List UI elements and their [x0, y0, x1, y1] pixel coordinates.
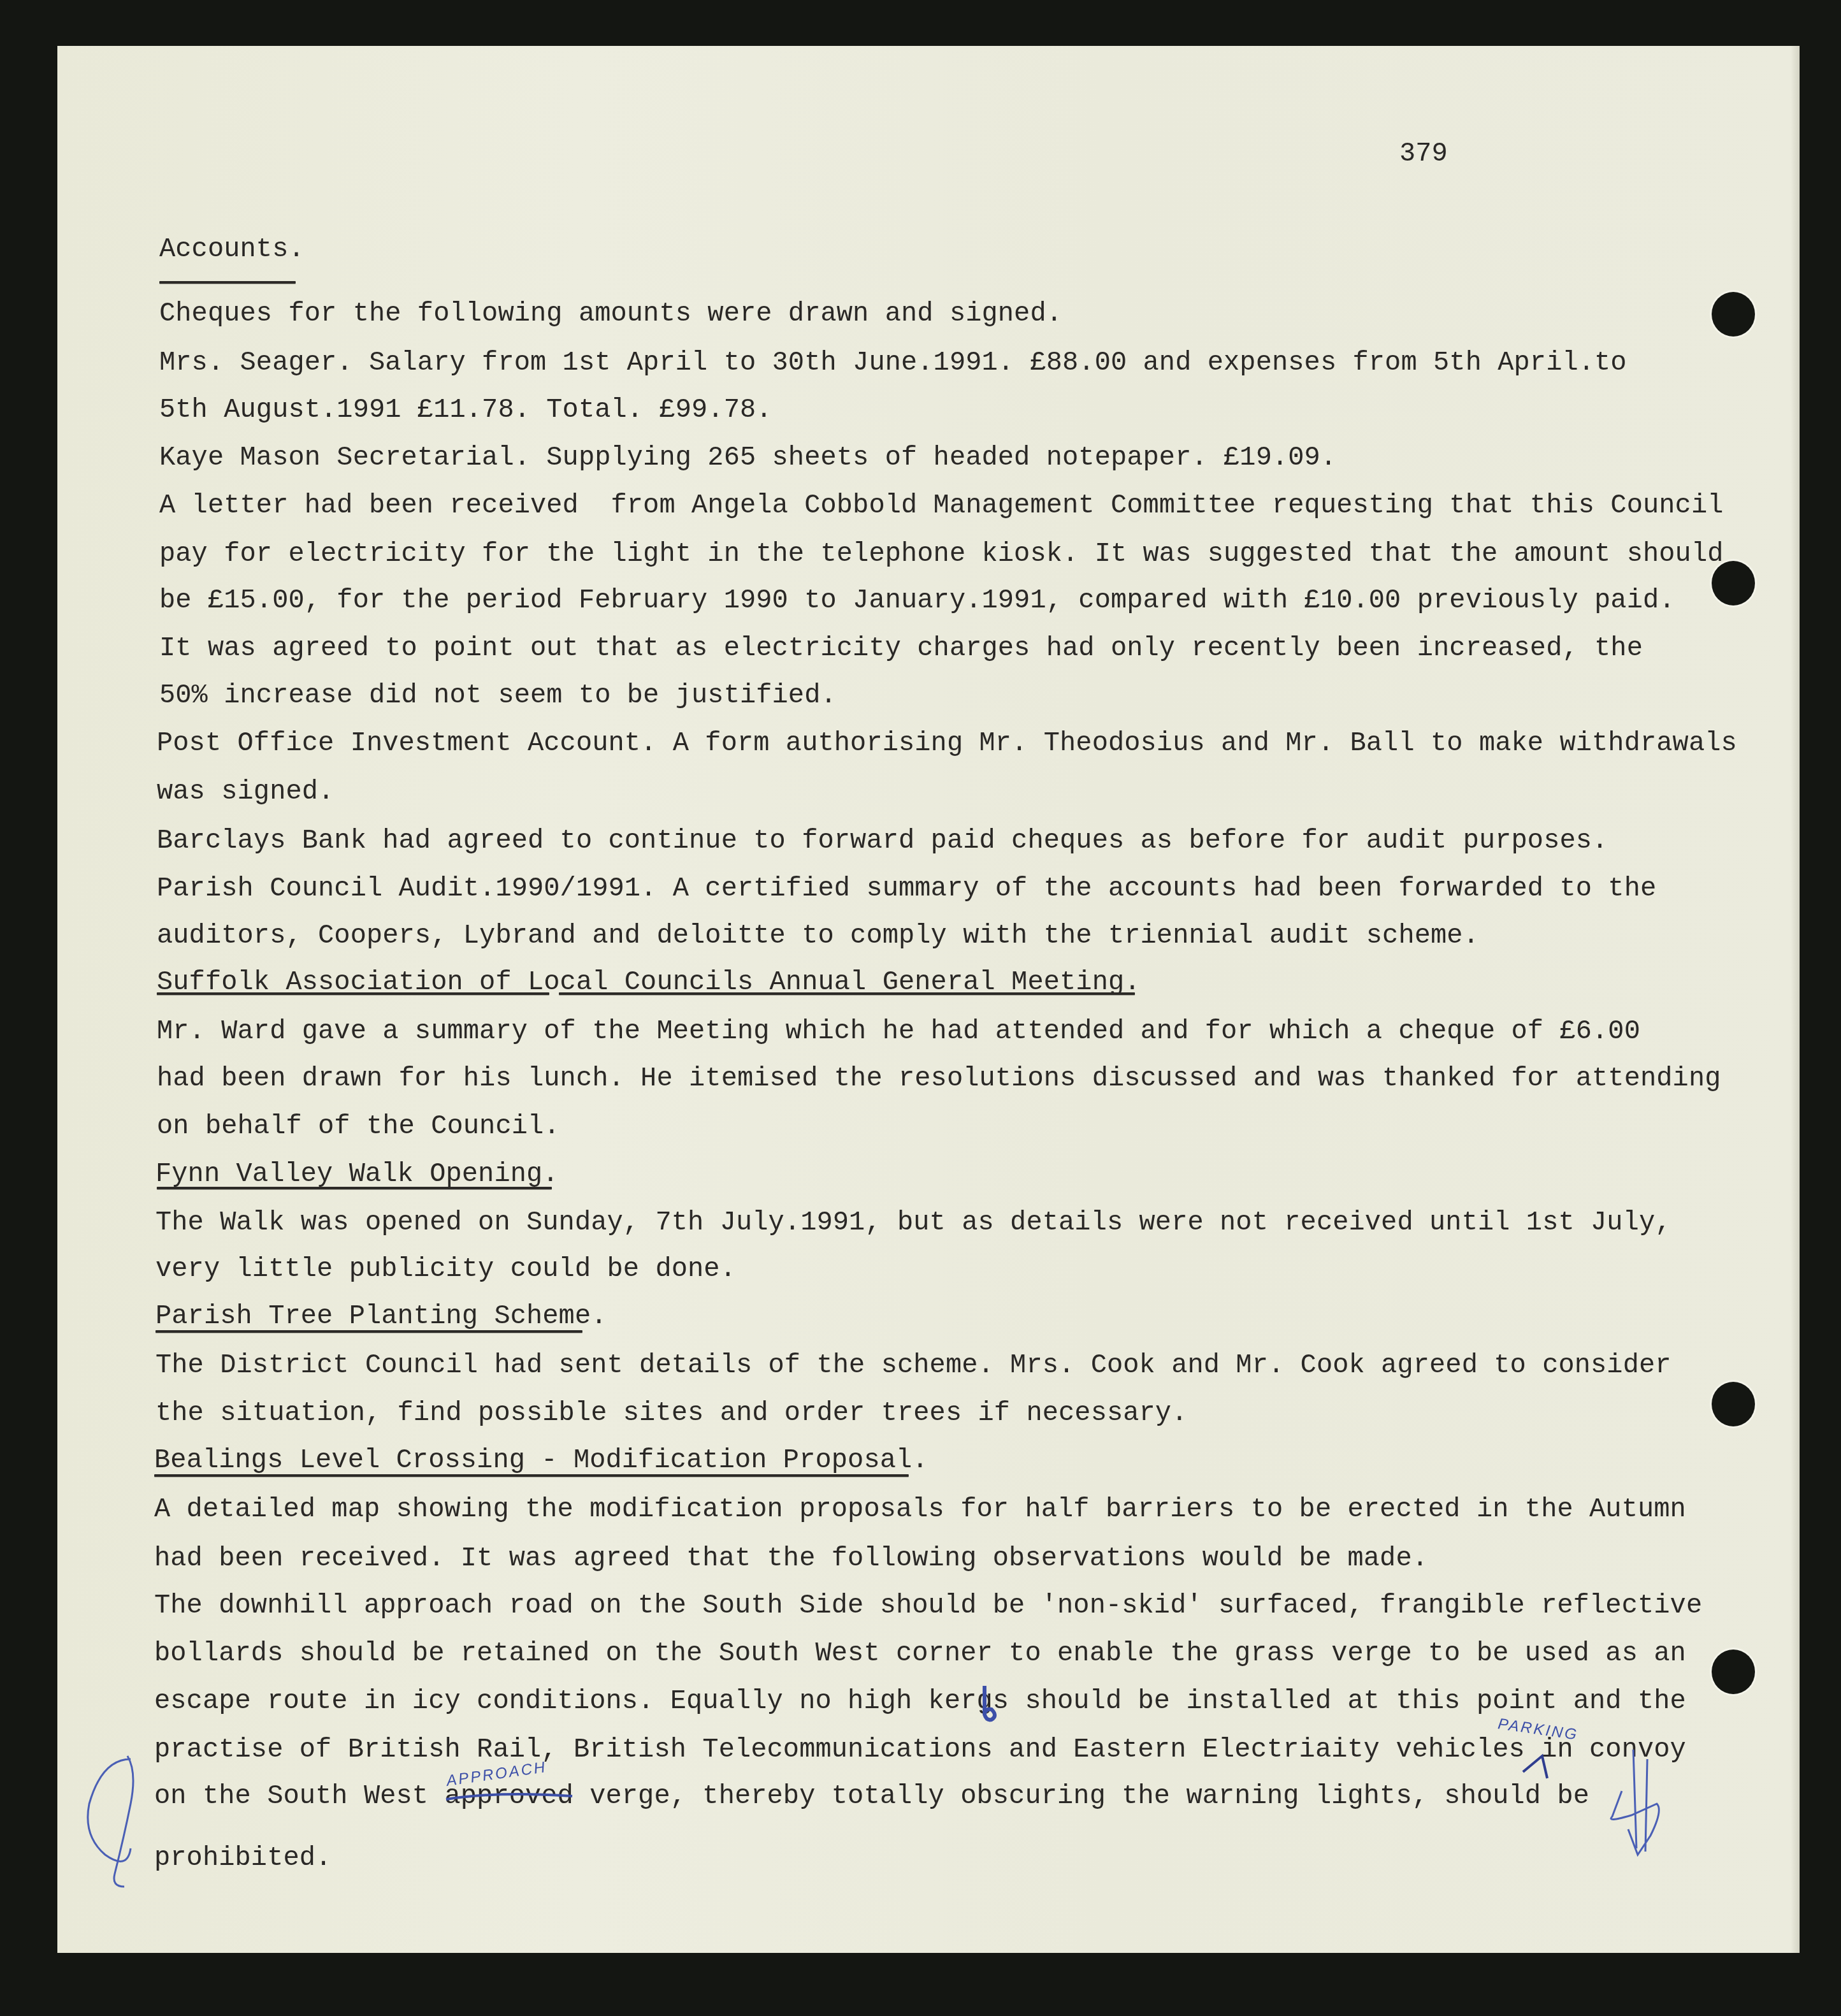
strikethrough-mark	[0, 0, 1841, 2016]
